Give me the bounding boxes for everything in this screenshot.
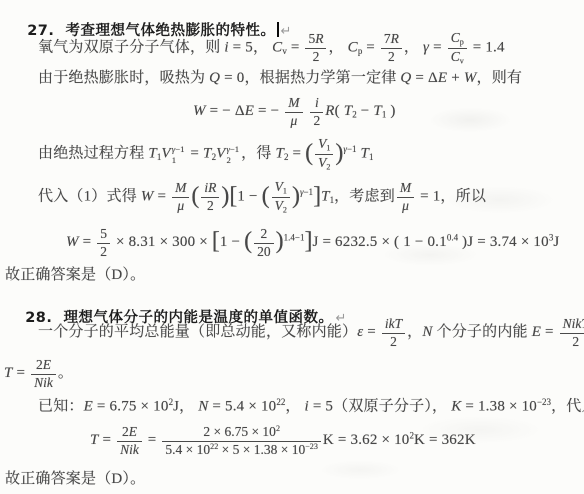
p27-formula-numeric-result: W = 52 × 8.31 × 300 × [1 − (220)1.4−1]J …	[66, 226, 559, 259]
p27-line-first-law: 由于绝热膨胀时，吸热为 Q = 0，根据热力学第一定律 Q = ΔE + W，则…	[38, 69, 522, 88]
p27-line-adiabatic-equation: 由绝热过程方程 T1Vγ−11 = T2Vγ−12，得 T2 = (V1V2)γ…	[38, 136, 374, 172]
p28-line-known-values: 已知：E = 6.75 × 102J， N = 5.4 × 1022， i = …	[38, 397, 584, 416]
document-page[interactable]: 27. 考查理想气体绝热膨胀的特性。↵ 氧气为双原子分子气体，则 i = 5， …	[0, 0, 584, 494]
p28-answer: 故正确答案是（D）。	[5, 470, 145, 489]
p27-answer: 故正确答案是（D）。	[5, 266, 145, 285]
p27-formula-work: W = − ΔE = − Mμ i2R( T2 − T1 )	[193, 95, 396, 128]
p27-line-substitution: 代入（1）式得 W = Mμ(iR2)[1 − (V1V2)γ−1]T1，考虑到…	[38, 179, 486, 215]
p28-formula-calculation: T = 2ENik = 2 × 6.75 × 1025.4 × 1022 × 5…	[90, 424, 476, 457]
p28-formula-temperature: T = 2ENik。	[4, 357, 73, 390]
p27-line-oxygen-gas: 氧气为双原子分子气体，则 i = 5， Cv = 5R2， Cp = 7R2， …	[38, 30, 505, 66]
p28-line-internal-energy: 一个分子的平均总能量（即总动能，又称内能）ε = ikT2，N 个分子的内能 E…	[38, 316, 584, 349]
